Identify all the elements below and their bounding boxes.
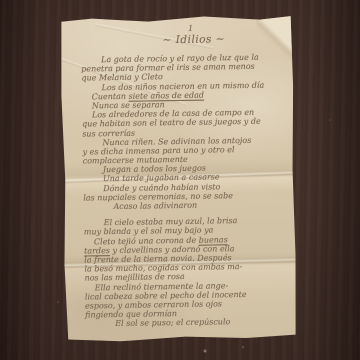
manuscript-line: El sol se puso; el crepúsculo	[85, 317, 285, 329]
sheet-content: 1 ~ Idilios ~ La gota de rocío y el rayo…	[59, 14, 297, 343]
photo-background: 1 ~ Idilios ~ La gota de rocío y el rayo…	[0, 0, 360, 360]
manuscript-body: La gota de rocío y el rayo de luz que la…	[81, 52, 285, 329]
manuscript-paper: 1 ~ Idilios ~ La gota de rocío y el rayo…	[59, 14, 297, 343]
manuscript-line: Acaso las adivinaron	[83, 199, 283, 211]
manuscript-title: ~ Idilios ~	[94, 32, 294, 48]
